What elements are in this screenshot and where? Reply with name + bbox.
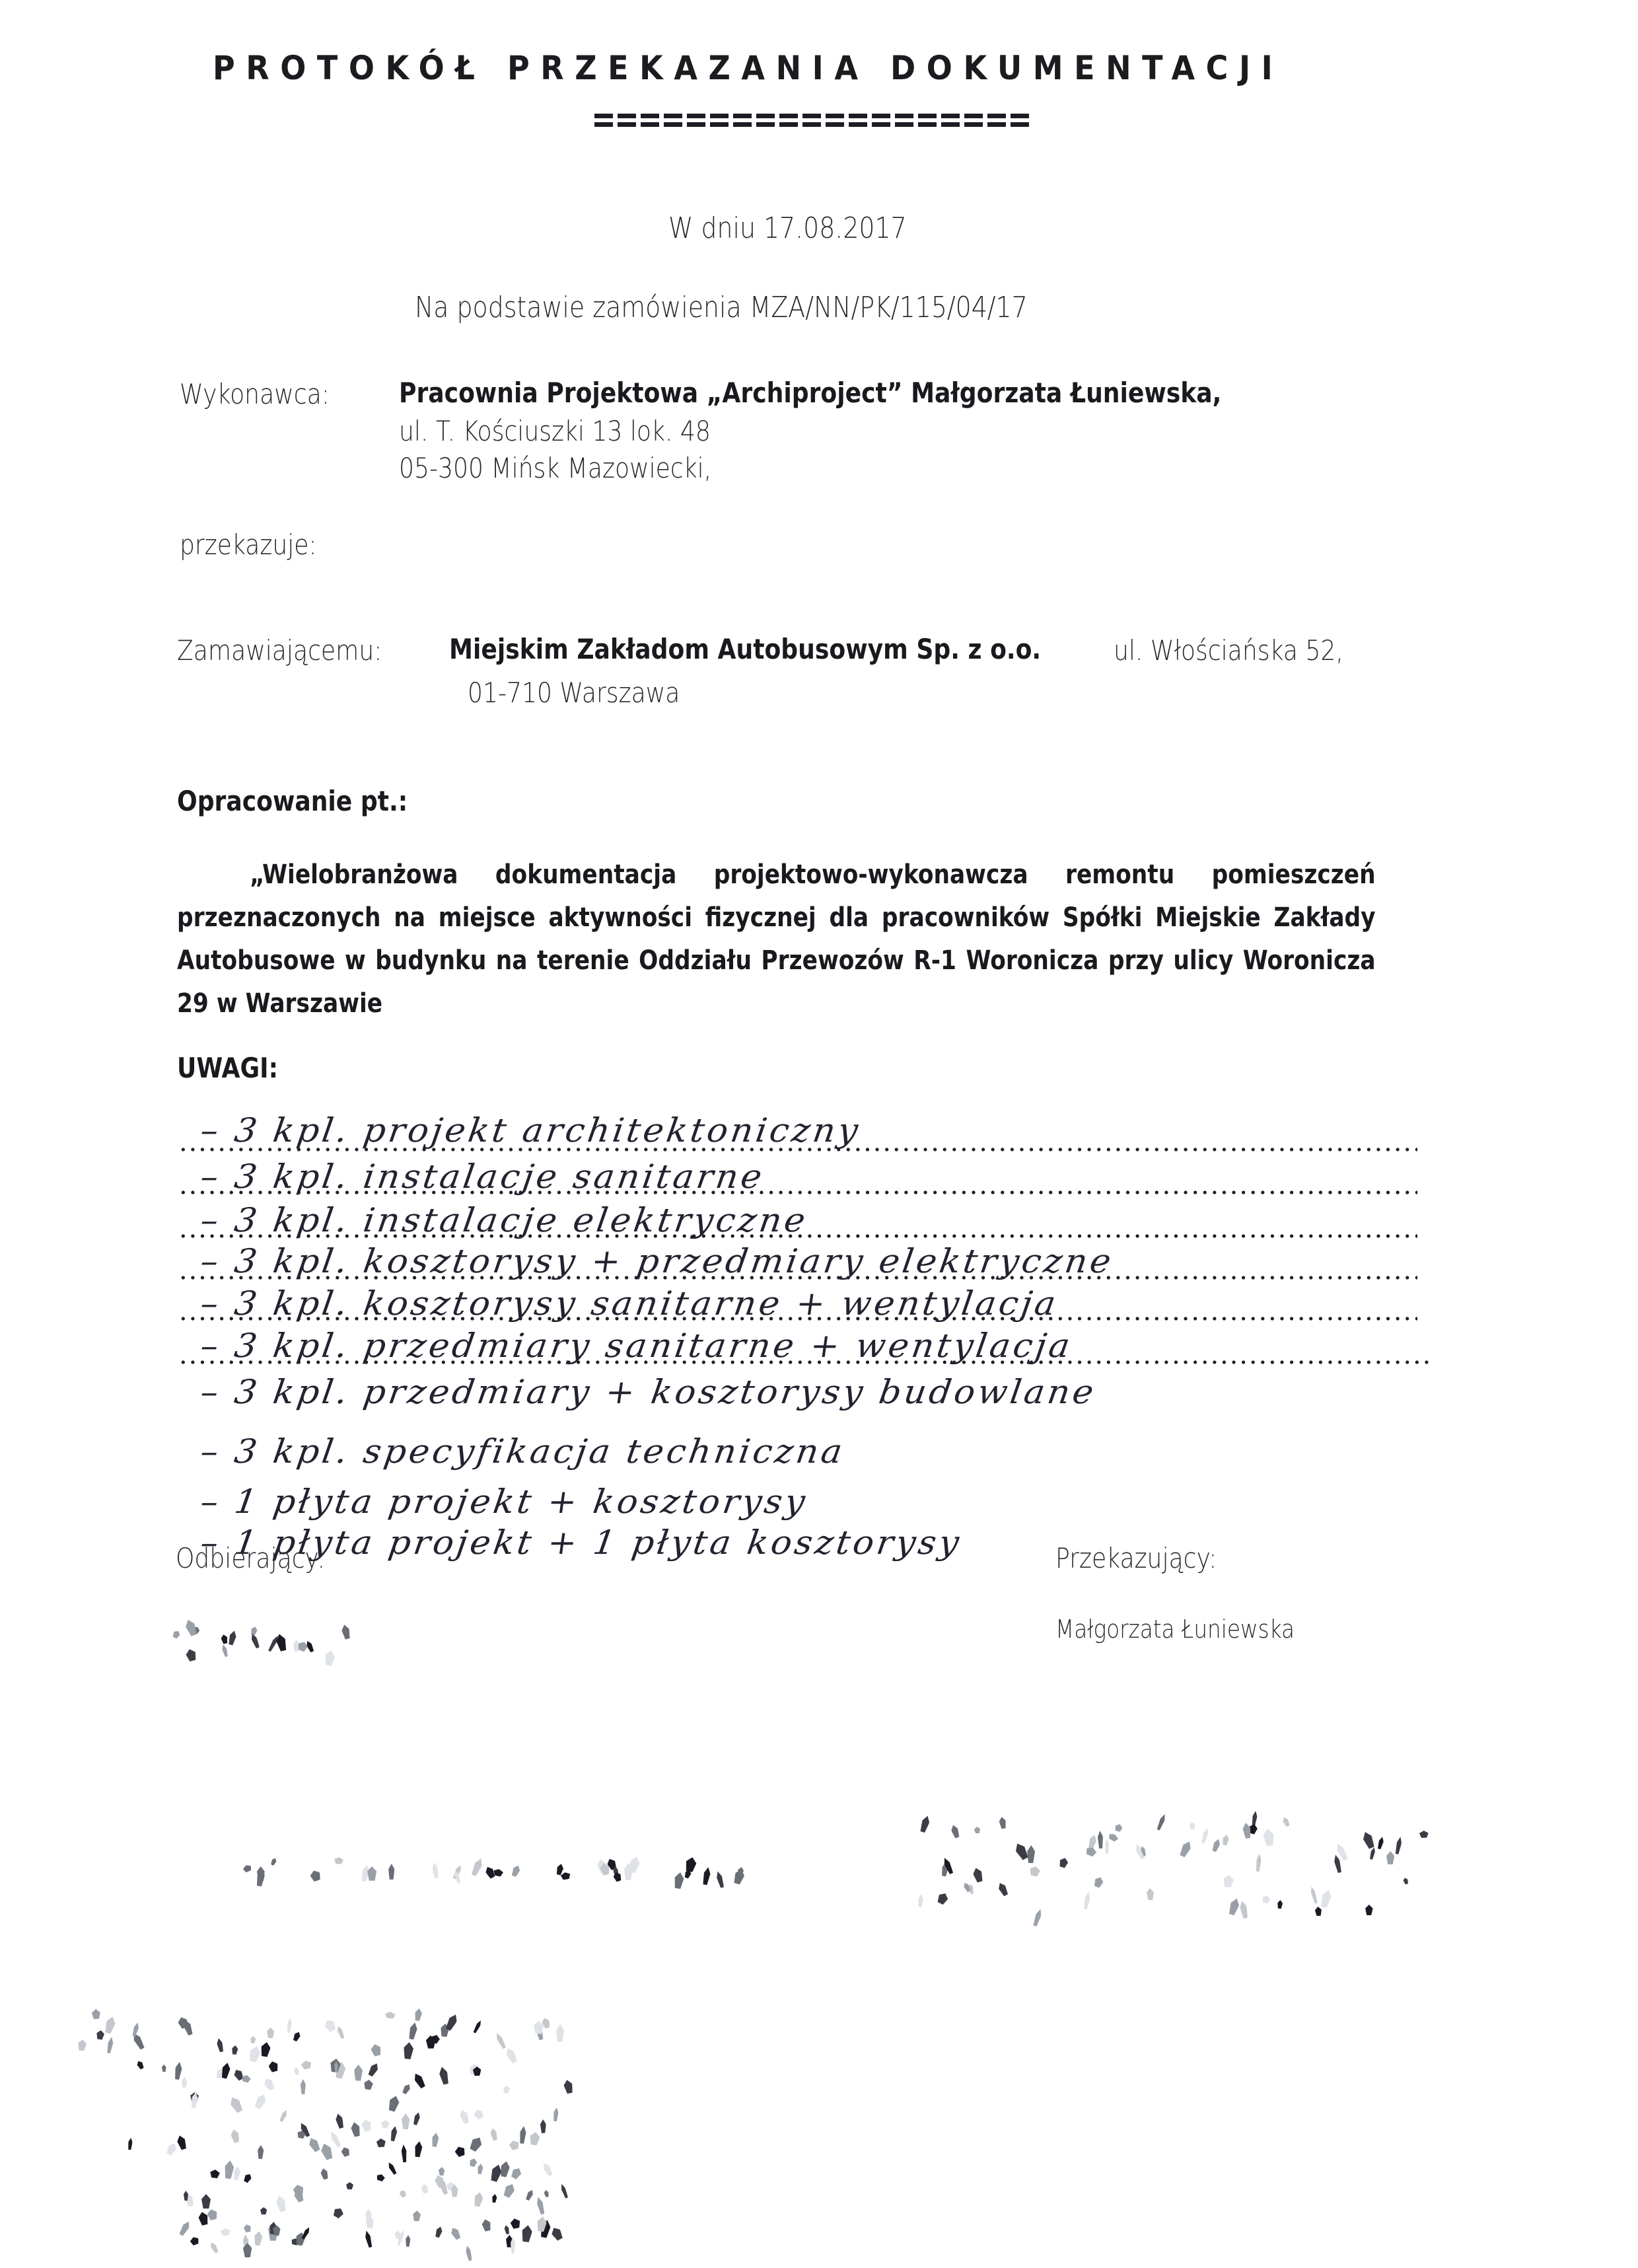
redacted-stamp (76, 2008, 585, 2259)
study-label: Opracowanie pt.: (177, 785, 408, 817)
handwritten-remark: – 3 kpl. przedmiary + kosztorysy budowla… (198, 1373, 1099, 1411)
redacted-receiver-signature (172, 1612, 357, 1658)
sender-label: Przekazujący: (1055, 1542, 1217, 1574)
contractor-address-street: ul. T. Kościuszki 13 lok. 48 (399, 415, 711, 447)
client-name: Miejskim Zakładom Autobusowym Sp. z o.o. (449, 633, 1041, 665)
handwritten-remark: – 3 kpl. instalacje sanitarne (198, 1157, 767, 1196)
redacted-signature-row (192, 1810, 1433, 1916)
contractor-name: Pracownia Projektowa „Archiproject” Małg… (399, 377, 1221, 409)
handwritten-remark: – 3 kpl. kosztorysy + przedmiary elektry… (198, 1242, 1116, 1280)
study-title-text: „Wielobranżowa dokumentacja projektowo-w… (177, 860, 1376, 1019)
contractor-address-city: 05-300 Mińsk Mazowiecki, (399, 452, 711, 484)
client-street: ul. Włościańska 52, (1114, 634, 1343, 667)
receiver-label: Odbierający: (176, 1542, 325, 1574)
study-title-paragraph: „Wielobranżowa dokumentacja projektowo-w… (177, 854, 1376, 1025)
date-line: W dniu 17.08.2017 (668, 211, 907, 245)
contractor-label: Wykonawca: (180, 378, 330, 410)
handwritten-remark: – 3 kpl. przedmiary sanitarne + wentylac… (198, 1327, 1075, 1365)
remarks-label: UWAGI: (177, 1052, 278, 1084)
transfers-label: przekazuje: (180, 529, 317, 561)
handwritten-remark: – 3 kpl. instalacje elektryczne (198, 1201, 810, 1239)
title-underline (594, 114, 1030, 129)
handwritten-remark: – 3 kpl. kosztorysy sanitarne + wentylac… (198, 1284, 1061, 1323)
document-title: PROTOKÓŁ PRZEKAZANIA DOKUMENTACJI (213, 49, 1283, 87)
client-label: Zamawiającemu: (177, 634, 382, 667)
handwritten-remark: – 1 płyta projekt + kosztorysy (198, 1482, 810, 1521)
order-reference: Na podstawie zamówienia MZA/NN/PK/115/04… (415, 291, 1028, 324)
sender-name: Małgorzata Łuniewska (1055, 1615, 1295, 1644)
handwritten-remark: – 3 kpl. specyfikacja techniczna (198, 1432, 847, 1471)
client-city: 01-710 Warszawa (468, 677, 680, 709)
handwritten-remark: – 3 kpl. projekt architektoniczny (198, 1111, 863, 1150)
